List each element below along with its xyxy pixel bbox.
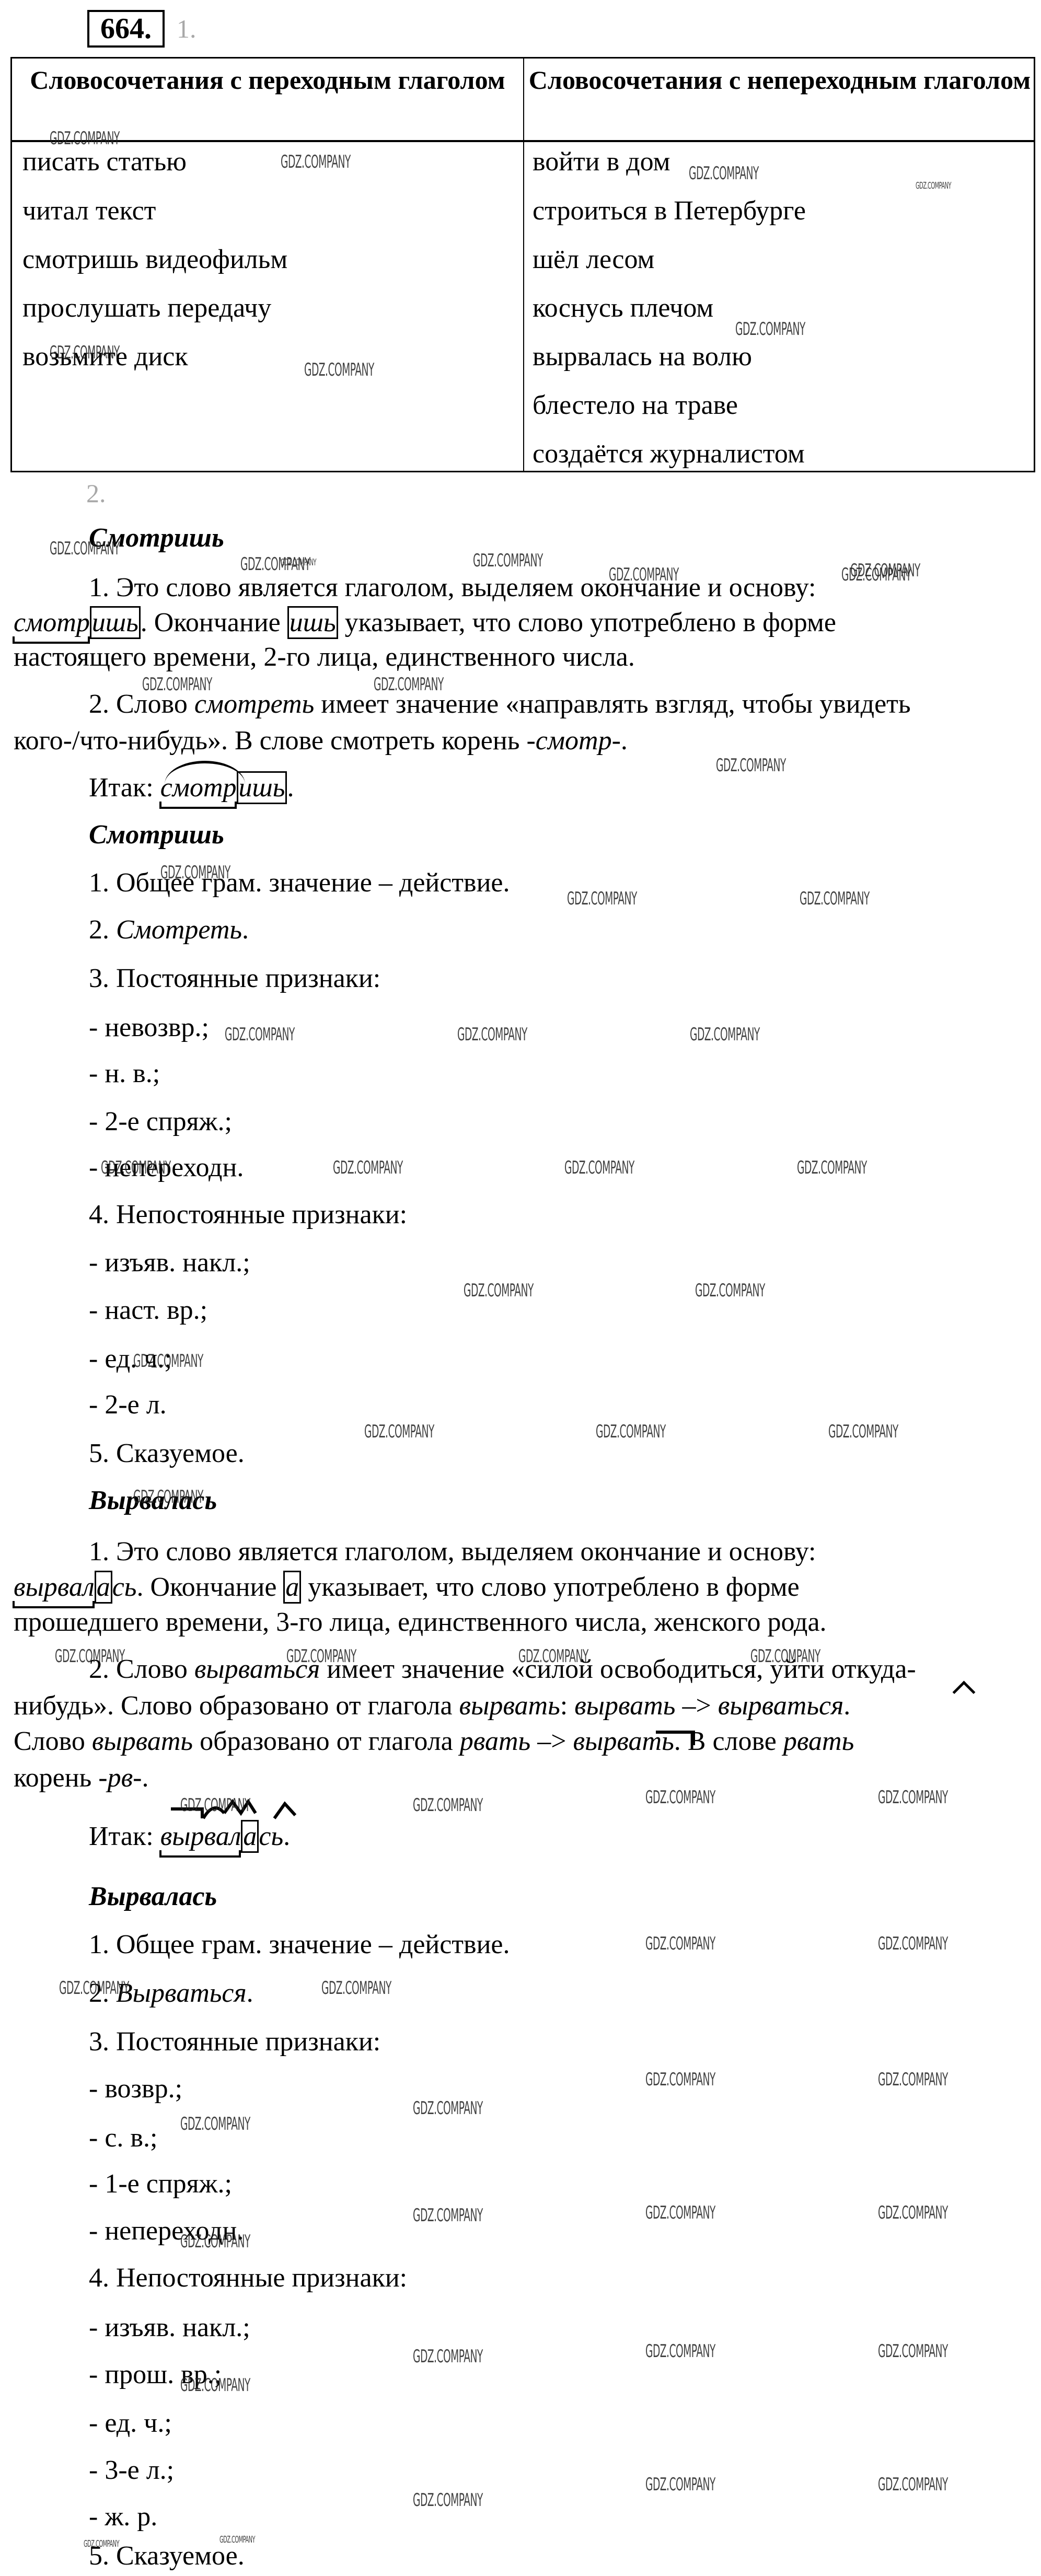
watermark: GDZ.COMPANY: [133, 1351, 203, 1372]
analysis-line: - 2-е л.: [89, 1389, 167, 1421]
word-base: смотр: [160, 772, 237, 804]
watermark: GDZ.COMPANY: [645, 2474, 715, 2495]
text: указывает, что слово употреблено в форме: [338, 608, 836, 637]
root-arc-icon: [165, 761, 245, 784]
exercise-number: 664.: [87, 10, 165, 48]
watermark: GDZ.COMPANY: [518, 1646, 588, 1667]
watermark: GDZ.COMPANY: [160, 862, 230, 883]
watermark: GDZ.COMPANY: [364, 1421, 434, 1442]
watermark: GDZ.COMPANY: [304, 359, 374, 380]
intransitive-item: строиться в Петербурге: [533, 195, 806, 227]
watermark: GDZ.COMPANY: [50, 342, 120, 363]
watermark: GDZ.COMPANY: [645, 2202, 715, 2223]
analysis-line: - изъяв. накл.;: [89, 2312, 250, 2343]
paragraph-line: нибудь». Слово образовано от глагола выр…: [14, 1690, 850, 1722]
word-base: смотр: [14, 607, 90, 639]
watermark: GDZ.COMPANY: [689, 163, 759, 184]
watermark: GDZ.COMPANY: [84, 2538, 119, 2549]
watermark: GDZ.COMPANY: [457, 1024, 527, 1045]
itak-line: Итак: вырвалась.: [89, 1821, 290, 1852]
paragraph-line: прошедшего времени, 3-го лица, единствен…: [14, 1607, 827, 1638]
analysis-line: - возвр.;: [89, 2073, 182, 2105]
watermark: GDZ.COMPANY: [180, 2375, 250, 2396]
watermark: GDZ.COMPANY: [333, 1157, 403, 1178]
watermark: GDZ.COMPANY: [645, 1787, 715, 1808]
text: .: [287, 773, 294, 803]
suffix-caret-icon: [953, 1681, 976, 1704]
analysis-line: 1. Общее грам. значение – действие.: [89, 867, 510, 899]
watermark: GDZ.COMPANY: [690, 1024, 760, 1045]
watermark: GDZ.COMPANY: [473, 550, 543, 571]
paragraph-line: смотришь. Окончание ишь указывает, что с…: [14, 607, 836, 639]
watermark: GDZ.COMPANY: [240, 554, 310, 575]
watermark: GDZ.COMPANY: [564, 1157, 634, 1178]
postfix: сь: [112, 1572, 137, 1602]
watermark: GDZ.COMPANY: [716, 755, 786, 776]
paragraph-line: Слово вырвать образовано от глагола рват…: [14, 1726, 854, 1757]
watermark: GDZ.COMPANY: [50, 538, 120, 559]
watermark: GDZ.COMPANY: [645, 2069, 715, 2090]
watermark: GDZ.COMPANY: [413, 2346, 483, 2367]
watermark: GDZ.COMPANY: [55, 1646, 125, 1667]
watermark: GDZ.COMPANY: [180, 1795, 250, 1816]
transitive-item: смотришь видеофильм: [22, 244, 287, 275]
intransitive-item: шёл лесом: [533, 244, 654, 275]
part-1-label: 1.: [177, 14, 196, 44]
watermark: GDZ.COMPANY: [878, 1787, 948, 1808]
collocations-table: Словосочетания с переходным глаголом Сло…: [10, 57, 1035, 472]
paragraph-line: вырвалась. Окончание а указывает, что сл…: [14, 1572, 800, 1603]
analysis-line: - невозвр.;: [89, 1012, 209, 1043]
paragraph-line: 1. Это слово является глаголом, выделяем…: [89, 1536, 816, 1568]
watermark: GDZ.COMPANY: [841, 564, 911, 585]
ending-highlight: а: [283, 1571, 301, 1604]
header-intransitive: Словосочетания с непереходным глаголом: [524, 63, 1035, 97]
text: кого-/что-нибудь». В слове смотреть коре…: [14, 726, 526, 756]
paragraph-line: 2. Слово смотреть имеет значение «направ…: [89, 689, 911, 720]
analysis-line: 4. Непостоянные признаки:: [89, 1199, 407, 1231]
watermark: GDZ.COMPANY: [878, 2202, 948, 2223]
watermark: GDZ.COMPANY: [413, 2098, 483, 2119]
intransitive-item: коснусь плечом: [533, 293, 713, 324]
word-base: вырвал: [160, 1821, 241, 1852]
watermark: GDZ.COMPANY: [695, 1280, 765, 1301]
watermark: GDZ.COMPANY: [878, 2474, 948, 2495]
text: . Окончание: [136, 1572, 283, 1602]
transitive-item: читал текст: [22, 195, 156, 227]
word-ending: а: [241, 1820, 259, 1853]
analysis-line: 4. Непостоянные признаки:: [89, 2262, 407, 2294]
analysis-line: 5. Сказуемое.: [89, 1438, 245, 1469]
watermark: GDZ.COMPANY: [878, 2069, 948, 2090]
word-ending: ишь: [237, 771, 287, 804]
column-divider: [523, 59, 524, 471]
watermark: GDZ.COMPANY: [180, 2114, 250, 2134]
watermark: GDZ.COMPANY: [413, 2205, 483, 2226]
watermark: GDZ.COMPANY: [596, 1421, 666, 1442]
analysis-line: - н. в.;: [89, 1058, 160, 1089]
watermark: GDZ.COMPANY: [225, 1024, 295, 1045]
watermark: GDZ.COMPANY: [180, 2231, 250, 2252]
analysis-line: - 2-е спряж.;: [89, 1106, 232, 1138]
analysis-line: 2. Смотреть.: [89, 914, 249, 946]
header-transitive: Словосочетания с переходным глаголом: [12, 63, 523, 97]
analysis-line: - изъяв. накл.;: [89, 1247, 250, 1279]
paragraph-line: кого-/что-нибудь». В слове смотреть коре…: [14, 725, 628, 757]
watermark: GDZ.COMPANY: [750, 1646, 820, 1667]
watermark: GDZ.COMPANY: [464, 1280, 534, 1301]
text: .: [621, 726, 628, 756]
root: -смотр-: [526, 726, 620, 756]
header-divider: [12, 140, 1034, 142]
watermark: GDZ.COMPANY: [916, 180, 951, 191]
term: смотреть: [194, 689, 314, 719]
watermark: GDZ.COMPANY: [645, 1933, 715, 1954]
watermark: GDZ.COMPANY: [101, 1157, 171, 1178]
itak-line: Итак: смотришь.: [89, 772, 294, 804]
watermark: GDZ.COMPANY: [133, 1487, 203, 1507]
paragraph-line: 1. Это слово является глаголом, выделяем…: [89, 572, 816, 604]
intransitive-item: блестело на траве: [533, 390, 738, 421]
watermark: GDZ.COMPANY: [828, 1421, 898, 1442]
watermark: GDZ.COMPANY: [321, 1978, 391, 1999]
analysis-line: - ж. р.: [89, 2501, 157, 2533]
watermark: GDZ.COMPANY: [59, 1978, 129, 1999]
word-ending: ишь: [90, 606, 141, 639]
watermark: GDZ.COMPANY: [567, 888, 637, 909]
analysis-line: - ед. ч.;: [89, 2408, 172, 2439]
watermark: GDZ.COMPANY: [142, 674, 212, 695]
watermark: GDZ.COMPANY: [413, 2490, 483, 2511]
analysis-line: 3. Постоянные признаки:: [89, 963, 380, 994]
analysis-line: - наст. вр.;: [89, 1295, 207, 1326]
watermark: GDZ.COMPANY: [374, 674, 444, 695]
analysis-heading-smotrish: Смотришь: [89, 819, 224, 851]
text: указывает, что слово употреблено в форме: [301, 1572, 799, 1602]
itak-label: Итак:: [89, 773, 160, 803]
word-ending: а: [95, 1571, 112, 1604]
watermark: GDZ.COMPANY: [609, 564, 679, 585]
watermark: GDZ.COMPANY: [219, 2534, 255, 2545]
analysis-line: 3. Постоянные признаки:: [89, 2026, 380, 2058]
analysis-line: - с. в.;: [89, 2122, 157, 2154]
intransitive-item: создаётся журналистом: [533, 438, 805, 470]
paragraph-line: корень -рв-.: [14, 1762, 148, 1794]
word-base: вырвал: [14, 1572, 95, 1603]
text: . Окончание: [141, 608, 287, 637]
watermark: GDZ.COMPANY: [645, 2341, 715, 2362]
paragraph-line: настоящего времени, 2-го лица, единствен…: [14, 642, 635, 673]
part-2-label: 2.: [86, 478, 106, 508]
intransitive-item: войти в дом: [533, 146, 670, 178]
watermark: GDZ.COMPANY: [800, 888, 870, 909]
analysis-line: 1. Общее грам. значение – действие.: [89, 1929, 510, 1960]
ending-highlight: ишь: [287, 606, 338, 639]
watermark: GDZ.COMPANY: [413, 1795, 483, 1816]
intransitive-item: вырвалась на волю: [533, 341, 752, 373]
watermark: GDZ.COMPANY: [878, 2341, 948, 2362]
transitive-item: писать статью: [22, 146, 187, 178]
transitive-item: прослушать передачу: [22, 293, 271, 324]
watermark: GDZ.COMPANY: [50, 128, 120, 149]
analysis-line: - 1-е спряж.;: [89, 2168, 232, 2200]
analysis-heading-vyrvalas: Вырвалась: [89, 1881, 217, 1912]
watermark: GDZ.COMPANY: [735, 319, 805, 340]
watermark: GDZ.COMPANY: [281, 152, 351, 172]
watermark: GDZ.COMPANY: [878, 1933, 948, 1954]
watermark: GDZ.COMPANY: [797, 1157, 867, 1178]
watermark: GDZ.COMPANY: [286, 1646, 356, 1667]
analysis-line: - 3-е л.;: [89, 2455, 174, 2486]
